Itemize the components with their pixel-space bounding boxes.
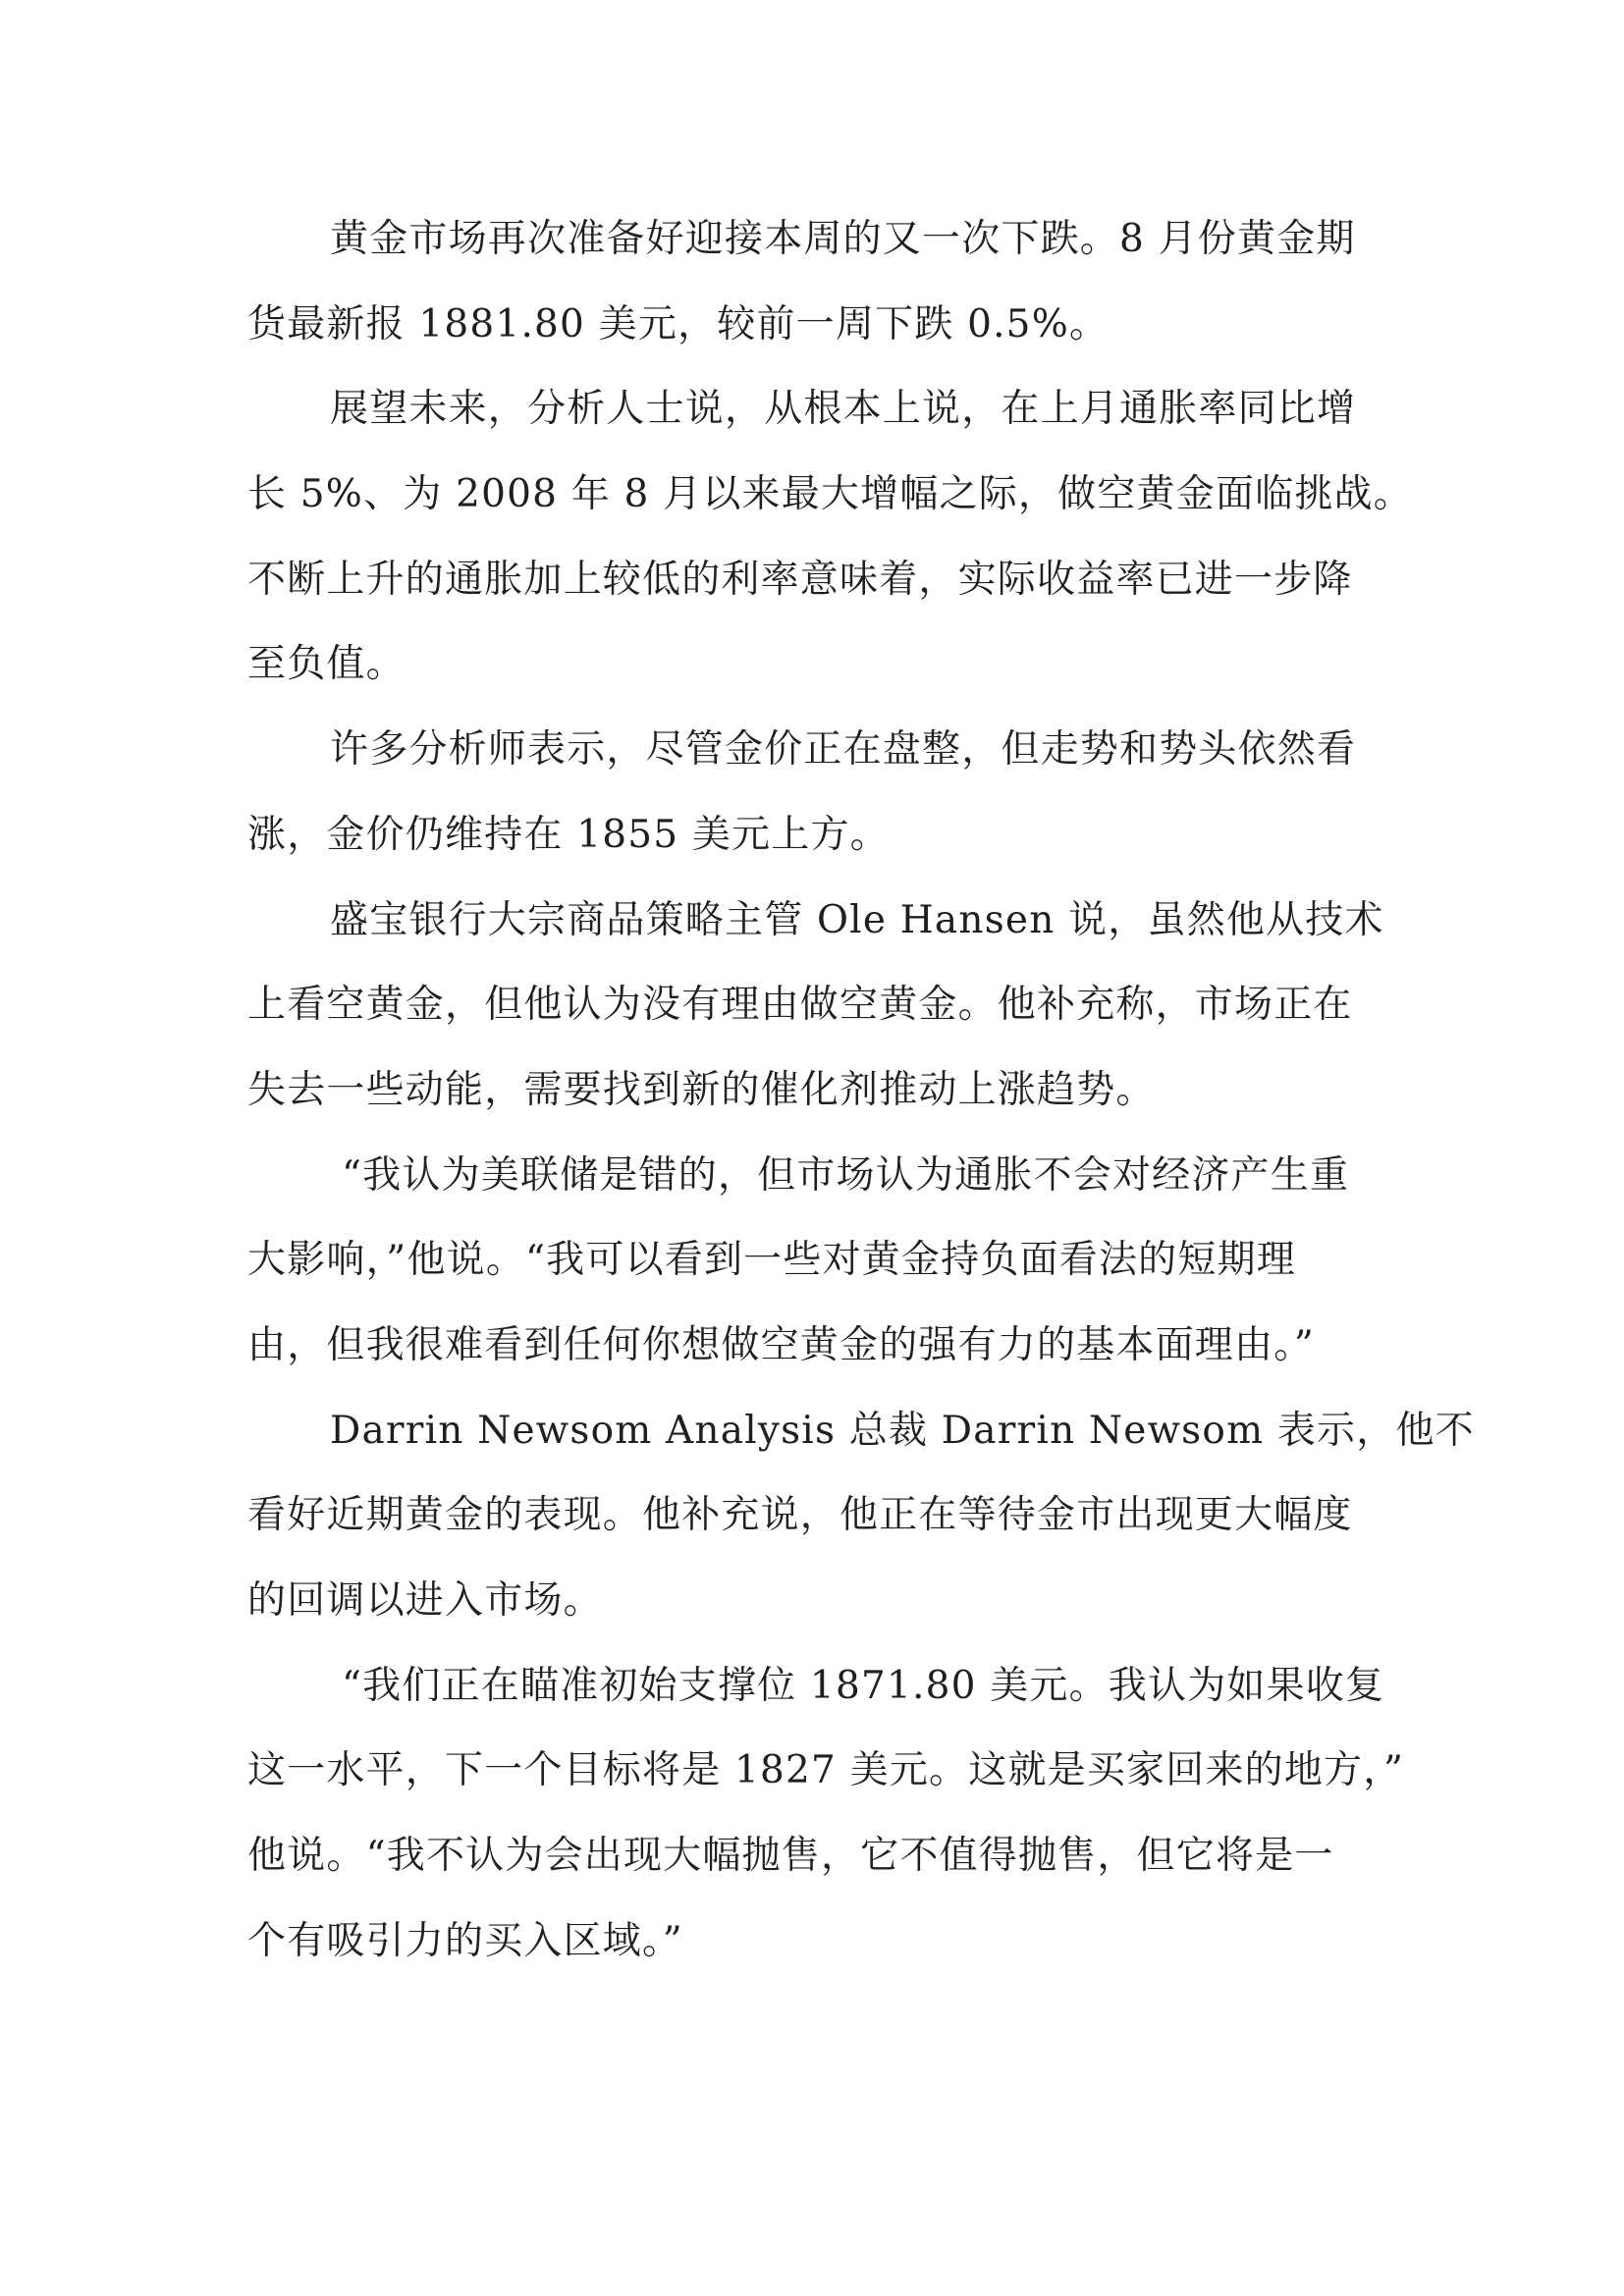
text-line: 个有吸引力的买入区域。” <box>247 1899 1377 1985</box>
text-line: Darrin Newsom Analysis 总裁 Darrin Newsom … <box>247 1389 1377 1474</box>
paragraph-7-quote: “我们正在瞄准初始支撑位 1871.80 美元。我认为如果收复 这一水平，下一个… <box>247 1644 1377 1985</box>
text-line: 许多分析师表示，尽管金价正在盘整，但走势和势头依然看 <box>247 708 1377 793</box>
text-line: 盛宝银行大宗商品策略主管 Ole Hansen 说，虽然他从技术 <box>247 879 1377 964</box>
article-body: 黄金市场再次准备好迎接本周的又一次下跌。8 月份黄金期 货最新报 1881.80… <box>247 197 1377 1984</box>
text-line: 由，但我很难看到任何你想做空黄金的强有力的基本面理由。” <box>247 1304 1377 1389</box>
paragraph-4: 盛宝银行大宗商品策略主管 Ole Hansen 说，虽然他从技术 上看空黄金，但… <box>247 879 1377 1134</box>
text-line: 涨，金价仍维持在 1855 美元上方。 <box>247 793 1377 879</box>
paragraph-2: 展望未来，分析人士说，从根本上说，在上月通胀率同比增 长 5%、为 2008 年… <box>247 367 1377 708</box>
text-line: 货最新报 1881.80 美元，较前一周下跌 0.5%。 <box>247 283 1377 368</box>
text-line: “我认为美联储是错的，但市场认为通胀不会对经济产生重 <box>247 1134 1377 1219</box>
paragraph-3: 许多分析师表示，尽管金价正在盘整，但走势和势头依然看 涨，金价仍维持在 1855… <box>247 708 1377 878</box>
text-line: 大影响，”他说。“我可以看到一些对黄金持负面看法的短期理 <box>247 1218 1377 1304</box>
paragraph-5-quote: “我认为美联储是错的，但市场认为通胀不会对经济产生重 大影响，”他说。“我可以看… <box>247 1134 1377 1389</box>
text-line: “我们正在瞄准初始支撑位 1871.80 美元。我认为如果收复 <box>247 1644 1377 1730</box>
text-line: 展望未来，分析人士说，从根本上说，在上月通胀率同比增 <box>247 367 1377 453</box>
text-line: 黄金市场再次准备好迎接本周的又一次下跌。8 月份黄金期 <box>247 197 1377 283</box>
text-line: 他说。“我不认为会出现大幅抛售，它不值得抛售，但它将是一 <box>247 1814 1377 1899</box>
text-line: 长 5%、为 2008 年 8 月以来最大增幅之际，做空黄金面临挑战。 <box>247 453 1377 538</box>
paragraph-1: 黄金市场再次准备好迎接本周的又一次下跌。8 月份黄金期 货最新报 1881.80… <box>247 197 1377 367</box>
text-line: 上看空黄金，但他认为没有理由做空黄金。他补充称，市场正在 <box>247 963 1377 1048</box>
text-line: 失去一些动能，需要找到新的催化剂推动上涨趋势。 <box>247 1048 1377 1134</box>
document-page: 黄金市场再次准备好迎接本周的又一次下跌。8 月份黄金期 货最新报 1881.80… <box>0 0 1624 2296</box>
text-line: 看好近期黄金的表现。他补充说，他正在等待金市出现更大幅度 <box>247 1473 1377 1559</box>
text-line: 这一水平，下一个目标将是 1827 美元。这就是买家回来的地方，” <box>247 1729 1377 1814</box>
text-line: 不断上升的通胀加上较低的利率意味着，实际收益率已进一步降 <box>247 538 1377 623</box>
paragraph-6: Darrin Newsom Analysis 总裁 Darrin Newsom … <box>247 1389 1377 1644</box>
text-line: 至负值。 <box>247 622 1377 708</box>
text-line: 的回调以进入市场。 <box>247 1559 1377 1644</box>
